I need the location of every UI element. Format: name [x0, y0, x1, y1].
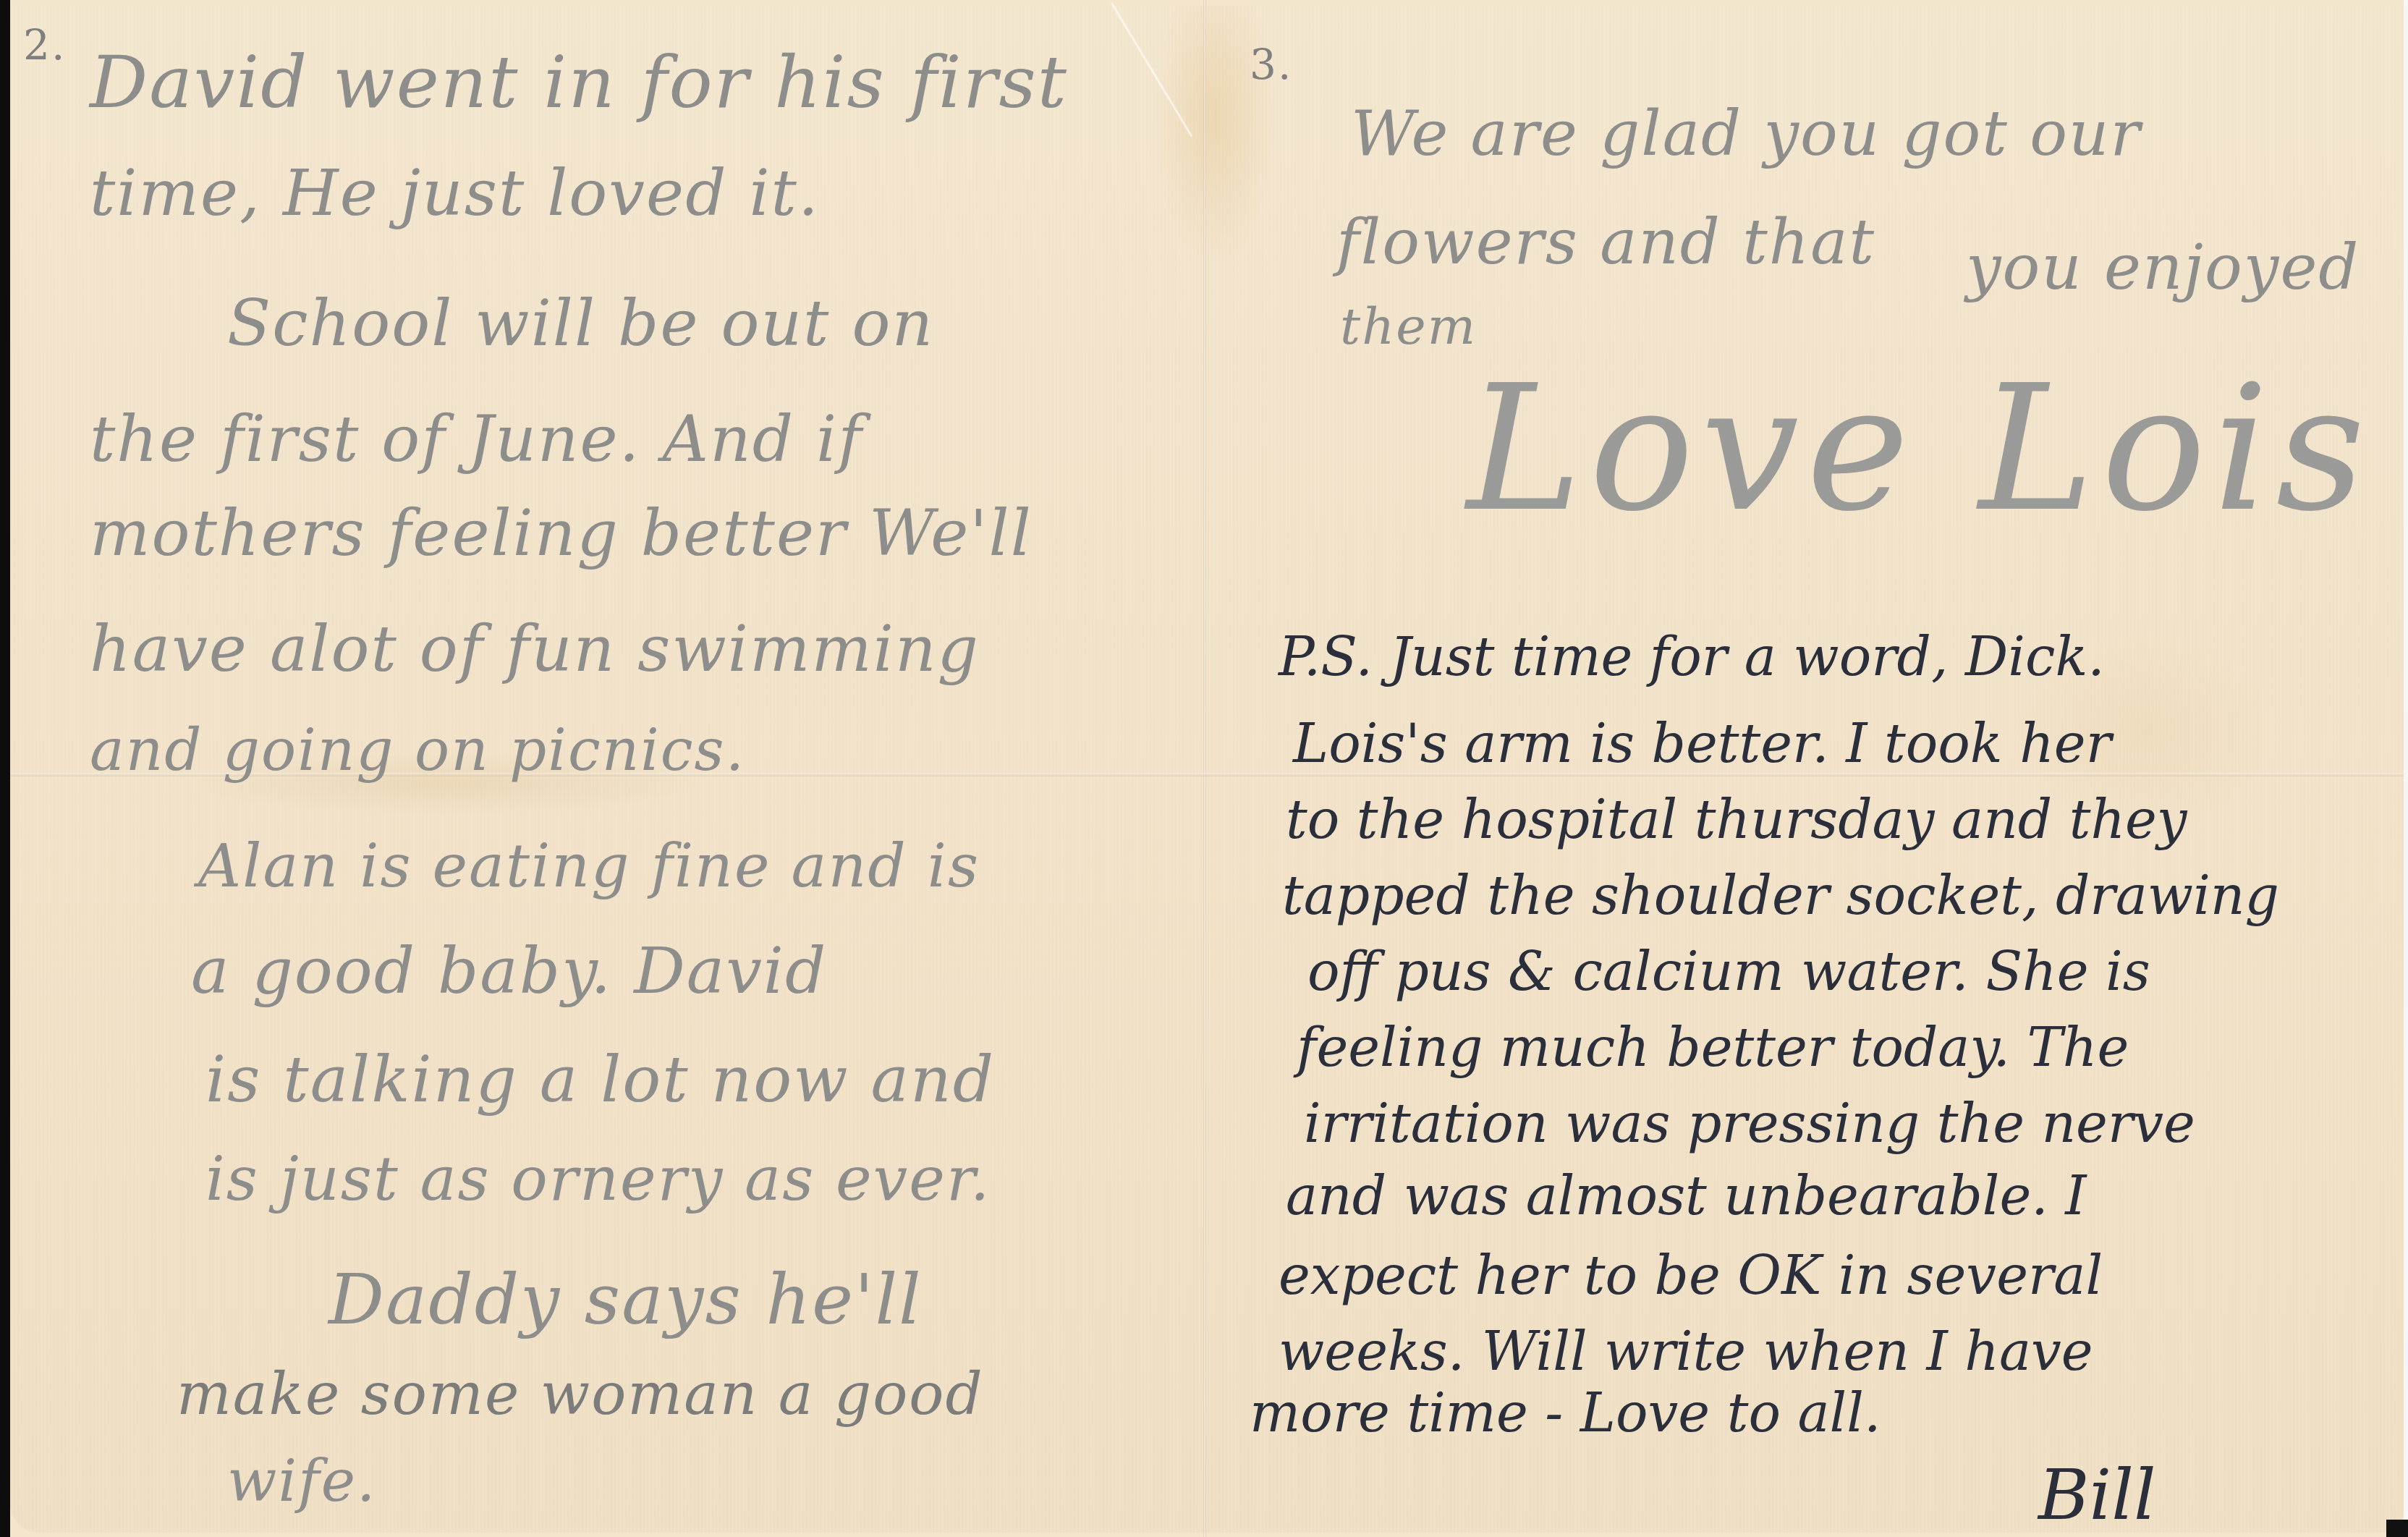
signature-lois: Love Lois — [1467, 347, 2373, 550]
text-line: wife. — [227, 1447, 376, 1515]
postscript-line: tapped the shoulder socket, drawing — [1282, 865, 2279, 927]
postscript-line: Lois's arm is better. I took her — [1293, 713, 2111, 775]
text-line: flowers and that — [1336, 206, 1875, 279]
left-page: 2. David went in for his first time, He … — [10, 0, 1204, 1537]
text-line: make some woman a good — [177, 1360, 984, 1428]
postscript-line: irritation was pressing the nerve — [1304, 1093, 2195, 1155]
scan-left-border — [0, 0, 10, 1537]
text-line: We are glad you got our — [1351, 98, 2142, 170]
text-line: is just as ornery as ever. — [205, 1143, 991, 1214]
text-line: time, He just loved it. — [90, 156, 820, 230]
postscript-line: feeling much better today. The — [1297, 1017, 2129, 1079]
text-line: is talking a lot now and — [205, 1042, 995, 1117]
right-page: 3. We are glad you got our flowers and t… — [1206, 0, 2407, 1537]
postscript-line: expect her to be OK in several — [1279, 1245, 2103, 1307]
text-line: Daddy says he'll — [328, 1259, 923, 1340]
text-line: the first of June. And if — [90, 402, 863, 476]
page-number: 3. — [1250, 40, 1292, 89]
text-line: them — [1340, 297, 1477, 356]
text-line: School will be out on — [227, 286, 934, 360]
text-line: Alan is eating fine and is — [198, 832, 980, 901]
postscript-line: and was almost unbearable. I — [1286, 1165, 2087, 1227]
postscript-line: off pus & calcium water. She is — [1307, 941, 2150, 1003]
text-line: have alot of fun swimming — [90, 611, 980, 686]
text-line: mothers feeling better We'll — [90, 496, 1033, 570]
postscript-line: to the hospital thursday and they — [1286, 789, 2187, 851]
signature-bill: Bill — [2038, 1455, 2156, 1536]
text-line: David went in for his first — [90, 40, 1068, 124]
postscript-line: P.S. Just time for a word, Dick. — [1279, 626, 2105, 688]
text-line: a good baby. David — [191, 933, 827, 1008]
page-number: 2. — [23, 20, 66, 69]
postscript-line: weeks. Will write when I have — [1279, 1321, 2093, 1383]
postscript-line: more time - Love to all. — [1250, 1382, 1881, 1444]
text-line: you enjoyed — [1966, 232, 2360, 304]
text-line: and going on picnics. — [90, 716, 745, 784]
